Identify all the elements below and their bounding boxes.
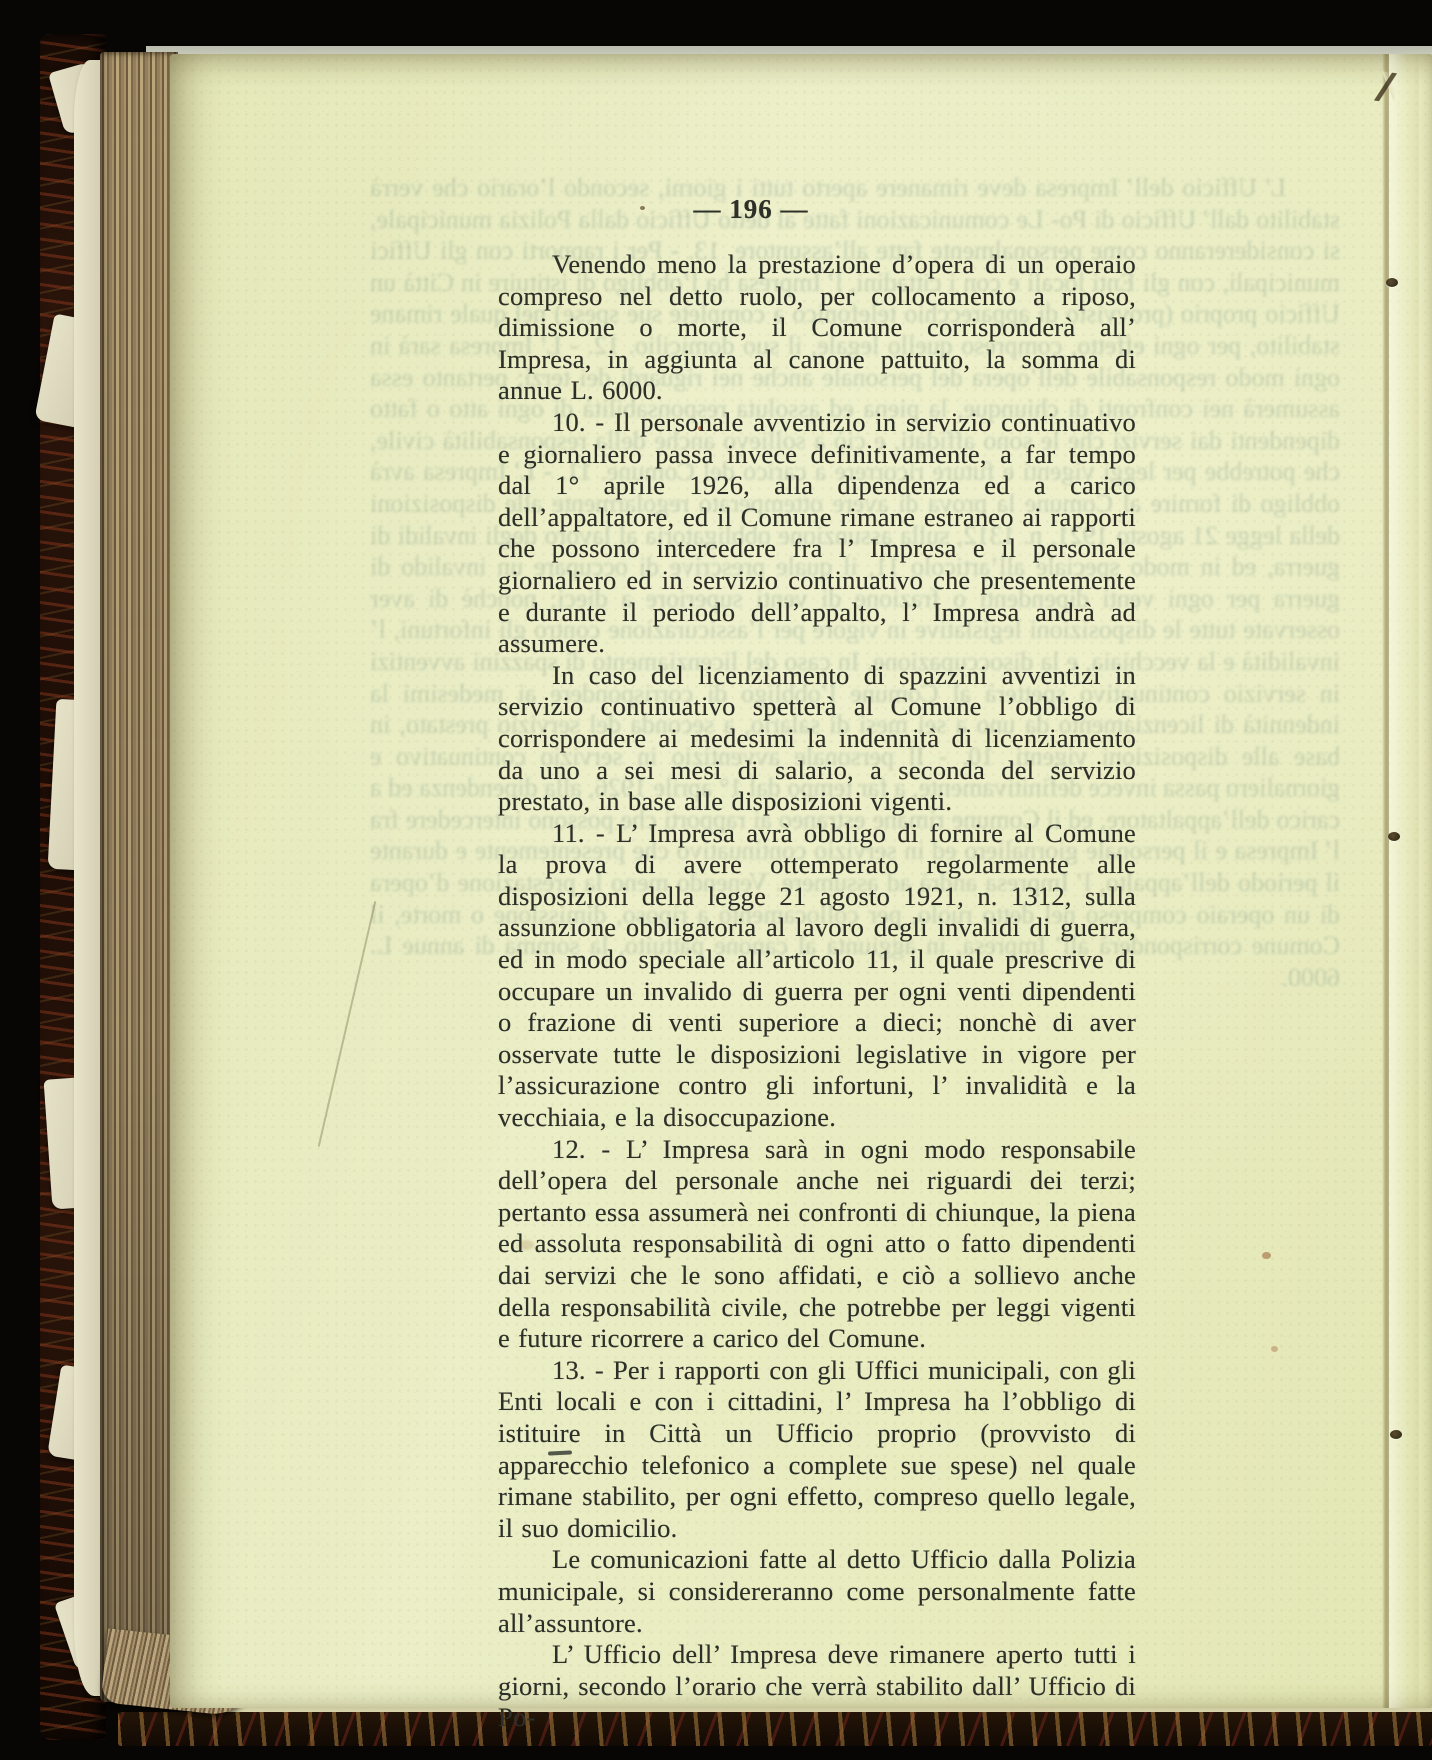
page-number: — 196 —	[432, 194, 1070, 225]
page-content: — 196 — Venendo meno la prestazione d’op…	[498, 194, 1136, 1734]
book-page: L’ Ufficio dell’ Impresa deve rimanere a…	[170, 54, 1432, 1708]
edge-tear-mark	[1374, 71, 1398, 103]
binding-hole	[1388, 832, 1400, 841]
gutter-crease	[1382, 54, 1389, 1708]
page-stack-edges	[100, 52, 178, 1702]
scratch-line	[318, 901, 377, 1147]
paragraph: Venendo meno la prestazione d’opera di u…	[498, 249, 1136, 407]
stain-speck	[1262, 1252, 1271, 1259]
paragraph: 11. - L’ Impresa avrà obbligo di fornire…	[498, 818, 1136, 1134]
paragraph: 13. - Per i rapporti con gli Uffici muni…	[498, 1355, 1136, 1545]
paragraph: L’ Ufficio dell’ Impresa deve rimanere a…	[498, 1639, 1136, 1734]
book-scan: L’ Ufficio dell’ Impresa deve rimanere a…	[0, 0, 1432, 1760]
paragraph: 10. - Il personale avventizio in servizi…	[498, 407, 1136, 660]
gutter-crease-highlight	[1389, 54, 1419, 1708]
stain-speck	[1271, 1346, 1278, 1352]
binding-hole	[1386, 278, 1398, 287]
paragraph: Le comunicazioni fatte al detto Ufficio …	[498, 1544, 1136, 1639]
paragraph: 12. - L’ Impresa sarà in ogni modo respo…	[498, 1134, 1136, 1355]
binding-hole	[1390, 1430, 1402, 1439]
paragraph: In caso del licenziamento di spazzini av…	[498, 660, 1136, 818]
